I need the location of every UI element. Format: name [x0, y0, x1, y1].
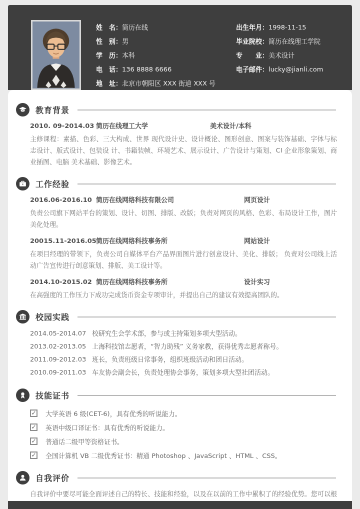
- education-courses: 主修课程：素描、色彩、三大构成、世界 现代设计史、设计概论、图形创意、图案与装饰…: [30, 134, 337, 169]
- campus-entry: 2010.09-2011.03 车友协会副会长，负责处理协会事务，策划多项大型社…: [30, 367, 337, 380]
- campus-date: 2010.09-2011.03: [30, 367, 92, 380]
- field-phone-label: 电 话：: [96, 66, 122, 74]
- work-description: 在高强度的工作压力下成功完成货币资金专项审计，并提出自己的建议有效提高团队的。: [30, 290, 337, 302]
- field-name-label: 姓 名：: [96, 24, 122, 32]
- field-birthdate-value: 1998-11-15: [269, 24, 307, 32]
- work-role: 设计实习: [244, 277, 337, 289]
- field-gender-value: 男: [122, 38, 129, 46]
- work-company: 简历在线网络科技事务所: [96, 236, 244, 248]
- campus-date: 2011.09-2012.03: [30, 354, 92, 367]
- resume-body-card: 教育背景 2010. 09-2014.03 简历在线理工大学 美术设计/本科 主…: [8, 90, 352, 501]
- personal-info-left-column: 姓 名：简历在线 性 别：男 学 历：本科 电 话：136 8888 6666 …: [96, 21, 236, 90]
- section-rule: [78, 395, 336, 396]
- checkbox-icon: ✓: [30, 409, 38, 417]
- work-date: 20015.11-2016.05: [30, 236, 96, 248]
- person-icon: [16, 471, 30, 485]
- graduation-cap-icon: [16, 103, 30, 117]
- field-major: 专 业：美术设计: [236, 49, 339, 63]
- section-rule: [78, 316, 336, 317]
- field-email-value: lucky@jianli.com: [269, 66, 324, 74]
- field-major-label: 专 业：: [236, 52, 269, 60]
- skill-text: 大学英语 6 级(CET-6)，具有优秀的听说能力。: [46, 408, 182, 418]
- profile-photo: [31, 20, 81, 90]
- work-company: 简历在线网络科技事务所: [96, 277, 244, 289]
- campus-date: 2014.05-2014.07: [30, 328, 92, 341]
- section-rule: [78, 183, 336, 184]
- field-school-value: 简历在线理工学院: [269, 38, 321, 46]
- footer-bar: [8, 501, 352, 509]
- field-phone: 电 话：136 8888 6666: [96, 63, 236, 77]
- field-school: 毕业院校：简历在线理工学院: [236, 35, 339, 49]
- field-name: 姓 名：简历在线: [96, 21, 236, 35]
- skill-text: 全国计算机 VB 二级优秀证书：精通 Photoshop 、JavaScript…: [46, 450, 282, 460]
- section-header-work: 工作经验: [16, 177, 337, 191]
- personal-info: 姓 名：简历在线 性 别：男 学 历：本科 电 话：136 8888 6666 …: [81, 20, 339, 90]
- evaluation-text: 自我评价中要尽可能全面评述自己的特长、技能和经验，以及在以前的工作中累积了的经验…: [30, 489, 337, 502]
- checkbox-icon: ✓: [30, 423, 38, 431]
- field-address-value: 北京市朝阳区 XXX 街道 XXX 号: [122, 80, 215, 88]
- campus-entry: 2014.05-2014.07 校研究生会学术部，参与或主持策划多项大型活动。: [30, 328, 337, 341]
- skill-item: ✓ 大学英语 6 级(CET-6)，具有优秀的听说能力。: [30, 406, 337, 420]
- work-role: 网页设计: [244, 195, 337, 207]
- medal-icon: [16, 389, 30, 403]
- work-role: 网站设计: [244, 236, 337, 248]
- skill-item: ✓ 英语中级口译证书：具有优秀的听说能力。: [30, 420, 337, 434]
- section-header-campus: 校园实践: [16, 310, 337, 324]
- section-header-skills: 技能证书: [16, 389, 337, 403]
- field-phone-value: 136 8888 6666: [122, 66, 172, 74]
- skill-text: 普通话二级甲等资格证书。: [46, 436, 124, 446]
- field-email-label: 电子邮件：: [236, 66, 269, 74]
- field-gender-label: 性 别：: [96, 38, 122, 46]
- field-gender: 性 别：男: [96, 35, 236, 49]
- personal-info-right-column: 出生年月：1998-11-15 毕业院校：简历在线理工学院 专 业：美术设计 电…: [236, 21, 339, 90]
- campus-date: 2013.02-2013.05: [30, 341, 92, 354]
- skill-item: ✓ 全国计算机 VB 二级优秀证书：精通 Photoshop 、JavaScri…: [30, 448, 337, 462]
- field-school-label: 毕业院校：: [236, 38, 269, 46]
- field-address-label: 地 址：: [96, 80, 122, 88]
- section-rule: [78, 109, 336, 110]
- campus-entry: 2013.02-2013.05 上海科技馆志愿者，“智力助残” 义务家教，获得优…: [30, 341, 337, 354]
- education-entry-header: 2010. 09-2014.03 简历在线理工大学 美术设计/本科: [30, 121, 337, 133]
- work-entry-header: 2014.10-2015.02 简历在线网络科技事务所 设计实习: [30, 277, 337, 289]
- campus-description: 车友协会副会长，负责处理协会事务，策划多项大型社团活动。: [92, 367, 337, 380]
- work-company: 简历在线网络科技有限公司: [96, 195, 244, 207]
- section-title-evaluation: 自我评价: [36, 472, 70, 484]
- education-date: 2010. 09-2014.03: [30, 121, 96, 133]
- campus-description: 上海科技馆志愿者，“智力助残” 义务家教，获得优秀志愿者称号。: [92, 341, 337, 354]
- section-title-education: 教育背景: [36, 104, 70, 116]
- campus-building-icon: [16, 310, 30, 324]
- field-name-value: 简历在线: [122, 24, 148, 32]
- section-rule: [78, 477, 336, 478]
- work-entry-header: 20015.11-2016.05 简历在线网络科技事务所 网站设计: [30, 236, 337, 248]
- briefcase-icon: [16, 177, 30, 191]
- work-description: 负责公司旗下网站平台的策划、设计、切图、排版、改版；负责对网页的风格、色彩、布局…: [30, 208, 337, 231]
- section-title-work: 工作经验: [36, 178, 70, 190]
- campus-description: 校研究生会学术部，参与或主持策划多项大型活动。: [92, 328, 337, 341]
- checkbox-icon: ✓: [30, 437, 38, 445]
- campus-entry: 2011.09-2012.03 班长，负责班级日常事务，组织班级活动和团日活动。: [30, 354, 337, 367]
- field-degree-label: 学 历：: [96, 52, 122, 60]
- profile-photo-illustration: [33, 22, 80, 89]
- education-school-name: 简历在线理工大学: [96, 121, 210, 133]
- skill-item: ✓ 普通话二级甲等资格证书。: [30, 434, 337, 448]
- work-date: 2016.06-2016.10: [30, 195, 96, 207]
- checkbox-icon: ✓: [30, 451, 38, 459]
- section-header-evaluation: 自我评价: [16, 471, 337, 485]
- section-header-education: 教育背景: [16, 103, 337, 117]
- field-degree-value: 本科: [122, 52, 135, 60]
- education-major-degree: 美术设计/本科: [210, 121, 337, 133]
- field-address: 地 址：北京市朝阳区 XXX 街道 XXX 号: [96, 77, 236, 91]
- resume-header: 姓 名：简历在线 性 别：男 学 历：本科 电 话：136 8888 6666 …: [8, 5, 352, 90]
- section-title-campus: 校园实践: [36, 311, 70, 323]
- resume-page: 姓 名：简历在线 性 别：男 学 历：本科 电 话：136 8888 6666 …: [0, 0, 360, 509]
- field-birthdate: 出生年月：1998-11-15: [236, 21, 339, 35]
- field-major-value: 美术设计: [269, 52, 295, 60]
- field-birthdate-label: 出生年月：: [236, 24, 269, 32]
- work-date: 2014.10-2015.02: [30, 277, 96, 289]
- field-email: 电子邮件：lucky@jianli.com: [236, 63, 339, 77]
- field-degree: 学 历：本科: [96, 49, 236, 63]
- work-description: 在项目经理的带领下，负责公司自媒体平台产品界面图片进行创意设计、美化、排版； 负…: [30, 249, 337, 272]
- campus-description: 班长，负责班级日常事务，组织班级活动和团日活动。: [92, 354, 337, 367]
- skill-text: 英语中级口译证书：具有优秀的听说能力。: [46, 422, 170, 432]
- section-title-skills: 技能证书: [36, 390, 70, 402]
- work-entry-header: 2016.06-2016.10 简历在线网络科技有限公司 网页设计: [30, 195, 337, 207]
